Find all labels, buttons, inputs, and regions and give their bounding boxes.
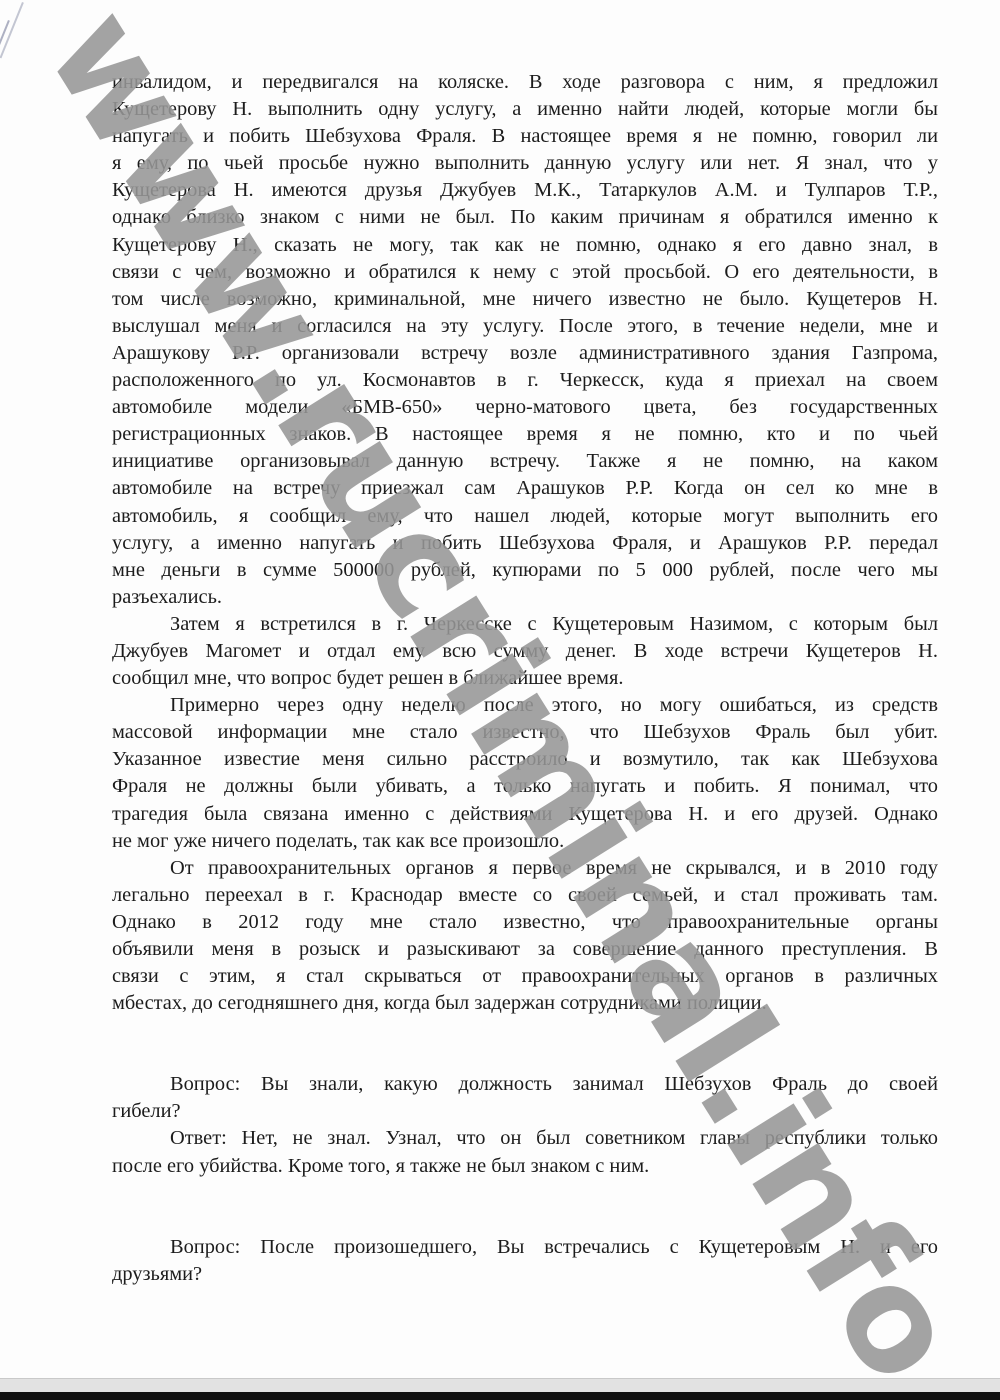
text-line: после его убийства. Кроме того, я также …	[112, 1153, 938, 1180]
text-line: мбестах, до сегодняшнего дня, когда был …	[112, 990, 938, 1017]
text-line: том числе возможно, криминальной, мне ни…	[112, 286, 938, 313]
text-line: трагедия была связана именно с действиям…	[112, 801, 938, 828]
text-line: услугу, а именно напугать и побить Шебзу…	[112, 530, 938, 557]
scanned-page: инвалидом, и передвигался на коляске. В …	[0, 0, 1000, 1382]
text-line: Фраля не должны были убивать, а только н…	[112, 773, 938, 800]
text-line: я ему, по чьей просьбе нужно выполнить д…	[112, 150, 938, 177]
question-answer-block: Вопрос: После произошедшего, Вы встречал…	[112, 1234, 938, 1288]
text-line: друзьями?	[112, 1261, 938, 1288]
text-line: Ответ: Нет, не знал. Узнал, что он был с…	[112, 1125, 938, 1152]
text-line: автомобиле на встречу приезжал сам Арашу…	[112, 475, 938, 502]
text-line: Затем я встретился в г. Черкесске с Куще…	[112, 611, 938, 638]
text-line: Указанное известие меня сильно расстроил…	[112, 746, 938, 773]
text-line: Однако в 2012 году мне стало известно, ч…	[112, 909, 938, 936]
text-line: связи с чем, возможно и обратился к нему…	[112, 259, 938, 286]
text-line: объявили меня в розыск и разыскивают за …	[112, 936, 938, 963]
text-line: инвалидом, и передвигался на коляске. В …	[112, 69, 938, 96]
spacer	[112, 1180, 938, 1234]
text-line: не мог уже ничего поделать, так как все …	[112, 828, 938, 855]
viewer-bottom-strip	[0, 1378, 1000, 1393]
question-answer-block: Вопрос: Вы знали, какую должность занима…	[112, 1071, 938, 1179]
text-line: мне деньги в сумме 500000 рублей, купюра…	[112, 557, 938, 584]
text-line: гибели?	[112, 1098, 938, 1125]
text-line: разъехались.	[112, 584, 938, 611]
text-line: выслушал меня и согласился на эту услугу…	[112, 313, 938, 340]
text-line: Кущетерову Н., сказать не могу, так как …	[112, 232, 938, 259]
text-line: Вопрос: Вы знали, какую должность занима…	[112, 1071, 938, 1098]
text-line: автомобиль, я сообщил ему, что нашел люд…	[112, 503, 938, 530]
testimony-paragraphs: инвалидом, и передвигался на коляске. В …	[112, 69, 938, 1017]
text-line: Вопрос: После произошедшего, Вы встречал…	[112, 1234, 938, 1261]
text-line: сообщил мне, что вопрос будет решен в бл…	[112, 665, 938, 692]
text-line: регистрационных знаков. В настоящее врем…	[112, 421, 938, 448]
text-line: легально переехал в г. Краснодар вместе …	[112, 882, 938, 909]
text-line: От правоохранительных органов я первое в…	[112, 855, 938, 882]
text-line: расположенного по ул. Космонавтов в г. Ч…	[112, 367, 938, 394]
text-line: Кущетерову Н. выполнить одну услугу, а и…	[112, 96, 938, 123]
text-line: напугать и побить Шебзухова Фраля. В нас…	[112, 123, 938, 150]
text-line: инициативе организовывал данную встречу.…	[112, 448, 938, 475]
text-line: массовой информации мне стало известно, …	[112, 719, 938, 746]
text-line: однако близко знаком с ними не был. По к…	[112, 204, 938, 231]
text-line: Арашукову Р.Р. организовали встречу возл…	[112, 340, 938, 367]
text-line: автомобиле модели «БМВ-650» черно-матово…	[112, 394, 938, 421]
text-line: связи с этим, я стал скрываться от право…	[112, 963, 938, 990]
text-line: Примерно через одну неделю после этого, …	[112, 692, 938, 719]
document-body: инвалидом, и передвигался на коляске. В …	[112, 69, 938, 1288]
spacer	[112, 1017, 938, 1071]
viewer-bottom-band	[0, 1392, 1000, 1400]
text-line: Кущетерова Н. имеются друзья Джубуев М.К…	[112, 177, 938, 204]
text-line: Джубуев Магомет и отдал ему всю сумму де…	[112, 638, 938, 665]
